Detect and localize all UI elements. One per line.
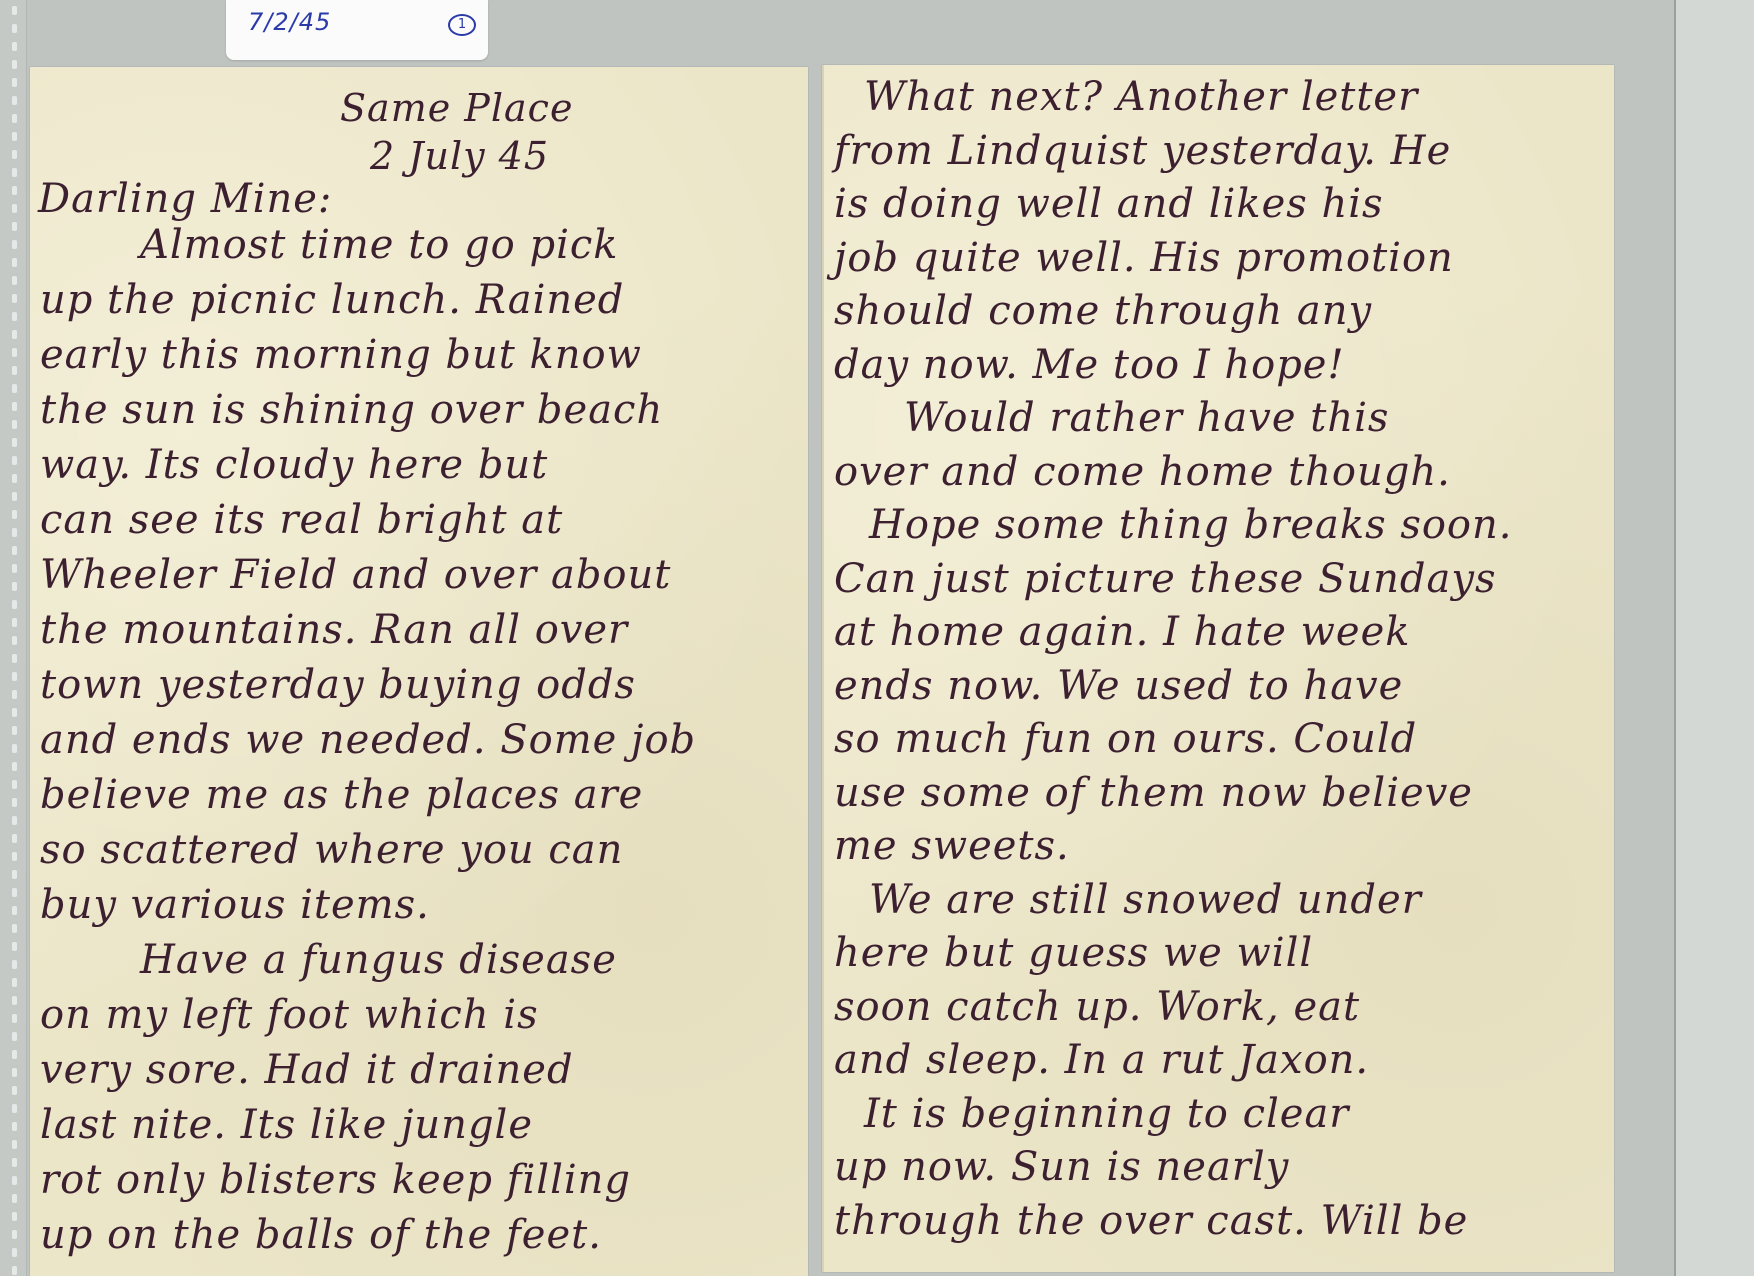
handwritten-line: and ends we needed. Some job (40, 720, 696, 760)
handwritten-line: can see its real bright at (40, 500, 563, 540)
tab-page-number: 1 (448, 14, 476, 36)
perforation-hole (12, 960, 17, 969)
perforation-hole (12, 672, 17, 681)
perforation-hole (12, 168, 17, 177)
handwritten-line: use some of them now believe (834, 773, 1473, 813)
handwritten-line: up on the balls of the feet. (40, 1215, 602, 1255)
perforation-hole (12, 690, 17, 699)
perforation-hole (12, 438, 17, 447)
perforation-hole (12, 348, 17, 357)
letter-page-right: What next? Another letterfrom Lindquist … (822, 65, 1614, 1272)
perforation-hole (12, 366, 17, 375)
perforation-hole (12, 474, 17, 483)
handwritten-line: early this morning but know (40, 335, 642, 375)
perforation-hole (12, 564, 17, 573)
handwritten-line: way. Its cloudy here but (40, 445, 548, 485)
handwritten-line: buy various items. (40, 885, 430, 925)
handwritten-line: over and come home though. (834, 452, 1451, 492)
handwritten-line: on my left foot which is (40, 995, 539, 1035)
perforation-hole (12, 78, 17, 87)
handwritten-line: the sun is shining over beach (40, 390, 663, 430)
perforation-hole (12, 1014, 17, 1023)
perforation-hole (12, 1266, 17, 1275)
perforation-hole (12, 24, 17, 33)
handwritten-line: so much fun on ours. Could (834, 719, 1417, 759)
perforation-hole (12, 546, 17, 555)
perforation-hole (12, 1248, 17, 1257)
handwritten-line: up now. Sun is nearly (834, 1147, 1289, 1187)
perforation-hole (12, 42, 17, 51)
perforation-hole (12, 1050, 17, 1059)
handwritten-line: from Lindquist yesterday. He (834, 131, 1451, 171)
heading-date: 2 July 45 (370, 137, 549, 175)
perforation-hole (12, 924, 17, 933)
perforation-hole (12, 384, 17, 393)
perforation-hole (12, 528, 17, 537)
perforation-hole (12, 1086, 17, 1095)
perforation-hole (12, 780, 17, 789)
salutation: Darling Mine: (38, 179, 332, 219)
handwritten-line: through the over cast. Will be (834, 1201, 1468, 1241)
perforation-hole (12, 618, 17, 627)
perforation-hole (12, 492, 17, 501)
handwritten-line: It is beginning to clear (864, 1094, 1349, 1134)
heading-place: Same Place (340, 89, 573, 127)
perforation-hole (12, 870, 17, 879)
perforation-hole (12, 906, 17, 915)
perforation-hole (12, 114, 17, 123)
perforation-hole (12, 1068, 17, 1077)
handwritten-line: at home again. I hate week (834, 612, 1411, 652)
handwritten-line: last nite. Its like jungle (40, 1105, 533, 1145)
perforation-hole (12, 978, 17, 987)
handwritten-line: Almost time to go pick (140, 225, 619, 265)
perforation-hole (12, 150, 17, 159)
handwritten-line: Can just picture these Sundays (834, 559, 1496, 599)
perforation-hole (12, 510, 17, 519)
sleeve-edge-right (1674, 0, 1754, 1276)
perforation-hole (12, 942, 17, 951)
handwritten-line: me sweets. (834, 826, 1070, 866)
handwritten-line: Hope some thing breaks soon. (869, 505, 1513, 545)
handwritten-line: believe me as the places are (40, 775, 643, 815)
perforation-hole (12, 204, 17, 213)
perforation-hole (12, 816, 17, 825)
perforation-hole (12, 1158, 17, 1167)
perforation-hole (12, 834, 17, 843)
perforation-hole (12, 888, 17, 897)
handwritten-line: up the picnic lunch. Rained (40, 280, 624, 320)
perforation-hole (12, 636, 17, 645)
perforation-hole (12, 1176, 17, 1185)
tab-date: 7/2/45 (248, 8, 331, 36)
perforation-hole (12, 852, 17, 861)
handwritten-line: so scattered where you can (40, 830, 623, 870)
perforation-hole (12, 132, 17, 141)
handwritten-line: should come through any (834, 291, 1372, 331)
perforation-hole (12, 420, 17, 429)
handwritten-line: Would rather have this (904, 398, 1389, 438)
perforation-hole (12, 1212, 17, 1221)
perforation-hole (12, 762, 17, 771)
perforation-hole (12, 996, 17, 1005)
perforation-hole (12, 1122, 17, 1131)
letter-page-left: Same Place 2 July 45 Darling Mine: Almos… (30, 67, 808, 1276)
perforation-hole (12, 456, 17, 465)
handwritten-line: very sore. Had it drained (40, 1050, 574, 1090)
perforation-hole (12, 582, 17, 591)
handwritten-line: and sleep. In a rut Jaxon. (834, 1040, 1369, 1080)
perforation-hole (12, 96, 17, 105)
perforation-hole (12, 726, 17, 735)
perforation-hole (12, 1194, 17, 1203)
perforation-hole (12, 330, 17, 339)
perforation-hole (12, 258, 17, 267)
perforation-hole (12, 186, 17, 195)
perforation-hole (12, 6, 17, 15)
handwritten-line: ends now. We used to have (834, 666, 1403, 706)
binder-sleeve-strip (0, 0, 27, 1276)
perforation-hole (12, 60, 17, 69)
handwritten-line: here but guess we will (834, 933, 1313, 973)
handwritten-line: day now. Me too I hope! (834, 345, 1345, 385)
handwritten-line: soon catch up. Work, eat (834, 987, 1360, 1027)
handwritten-line: Wheeler Field and over about (40, 555, 671, 595)
handwritten-line: is doing well and likes his (834, 184, 1384, 224)
perforation-hole (12, 798, 17, 807)
handwritten-line: Have a fungus disease (140, 940, 617, 980)
handwritten-line: rot only blisters keep filling (40, 1160, 631, 1200)
perforation-hole (12, 240, 17, 249)
perforation-hole (12, 744, 17, 753)
handwritten-line: job quite well. His promotion (834, 238, 1454, 278)
perforation-hole (12, 708, 17, 717)
perforation-hole (12, 1230, 17, 1239)
perforation-hole (12, 1104, 17, 1113)
perforation-hole (12, 1140, 17, 1149)
handwritten-line: the mountains. Ran all over (40, 610, 628, 650)
perforation-hole (12, 294, 17, 303)
handwritten-line: We are still snowed under (869, 880, 1422, 920)
perforation-hole (12, 600, 17, 609)
archive-tab-label: 7/2/45 1 (226, 0, 488, 60)
perforation-hole (12, 222, 17, 231)
perforation-hole (12, 276, 17, 285)
perforation-hole (12, 654, 17, 663)
perforation-hole (12, 402, 17, 411)
perforation-hole (12, 1032, 17, 1041)
handwritten-line: What next? Another letter (864, 77, 1418, 117)
perforation-hole (12, 312, 17, 321)
handwritten-line: town yesterday buying odds (40, 665, 636, 705)
